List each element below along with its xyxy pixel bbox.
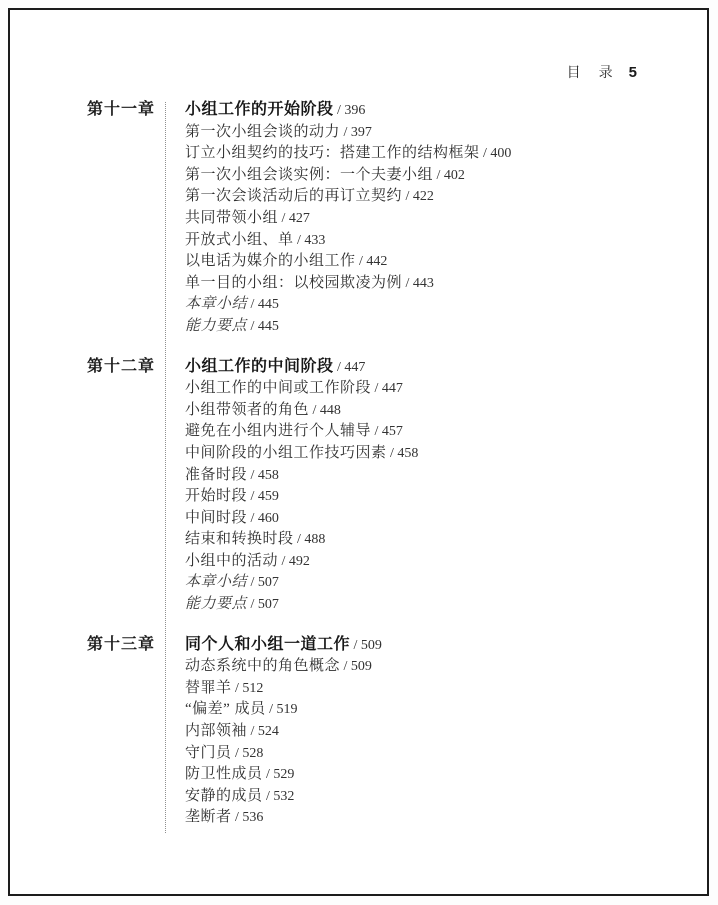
entry-title: 小组中的活动 (185, 553, 278, 569)
toc-entry: 中间时段 / 460 (185, 508, 418, 530)
entry-separator: / (247, 575, 258, 590)
entry-title: “偏差” 成员 (185, 701, 266, 717)
entry-title: 替罪羊 (185, 680, 232, 696)
toc-entry: 替罪羊 / 512 (185, 678, 382, 700)
chapter-label: 第十一章 (87, 99, 165, 338)
entry-page-number: 422 (413, 189, 434, 204)
toc-entry: 避免在小组内进行个人辅导 / 457 (185, 421, 418, 443)
toc-entry: 能力要点 / 507 (185, 594, 418, 616)
entry-title: 开始时段 (185, 488, 247, 504)
entry-separator: / (371, 381, 382, 396)
entry-page-number: 448 (320, 403, 341, 418)
entry-page-number: 396 (344, 103, 365, 118)
entry-page-number: 459 (258, 489, 279, 504)
toc-entry: 第一次会谈活动后的再订立契约 / 422 (185, 186, 511, 208)
entry-title: 准备时段 (185, 467, 247, 483)
entry-separator: / (402, 276, 413, 291)
entry-separator: / (232, 810, 243, 825)
entry-title: 安静的成员 (185, 788, 263, 804)
toc-entry: 安静的成员 / 532 (185, 786, 382, 808)
entry-title: 小组带领者的角色 (185, 402, 309, 418)
entry-title: 订立小组契约的技巧：搭建工作的结构框架 (185, 145, 480, 161)
entry-page-number: 445 (258, 319, 279, 334)
chapter-entries: 小组工作的开始阶段 / 396第一次小组会谈的动力 / 397订立小组契约的技巧… (165, 99, 511, 338)
entry-separator: / (263, 789, 274, 804)
entry-separator: / (263, 767, 274, 782)
entry-page-number: 529 (273, 767, 294, 782)
entry-title: 同个人和小组一道工作 (185, 636, 350, 653)
entry-page-number: 492 (289, 554, 310, 569)
toc-entry: 垄断者 / 536 (185, 807, 382, 829)
entry-title: 能力要点 (185, 596, 247, 612)
entry-page-number: 458 (397, 446, 418, 461)
toc-entry: 能力要点 / 445 (185, 316, 511, 338)
entry-separator: / (278, 211, 289, 226)
entry-separator: / (266, 702, 277, 717)
entry-separator: / (350, 638, 361, 653)
toc-entry: 防卫性成员 / 529 (185, 764, 382, 786)
toc-entry: 本章小结 / 445 (185, 294, 511, 316)
entry-page-number: 509 (351, 659, 372, 674)
entry-page-number: 460 (258, 511, 279, 526)
entry-title: 本章小结 (185, 574, 247, 590)
entry-page-number: 524 (258, 724, 279, 739)
entry-title: 以电话为媒介的小组工作 (185, 253, 356, 269)
entry-page-number: 402 (444, 168, 465, 183)
entry-separator: / (247, 468, 258, 483)
entry-page-number: 509 (361, 638, 382, 653)
toc-entry: 动态系统中的角色概念 / 509 (185, 656, 382, 678)
toc-entry: 内部领袖 / 524 (185, 721, 382, 743)
entry-page-number: 443 (413, 276, 434, 291)
entry-separator: / (309, 403, 320, 418)
chapter-entries: 同个人和小组一道工作 / 509动态系统中的角色概念 / 509替罪羊 / 51… (165, 634, 382, 829)
entry-page-number: 507 (258, 575, 279, 590)
entry-page-number: 445 (258, 297, 279, 312)
toc-entry: 开放式小组、单 / 433 (185, 230, 511, 252)
toc-entry: 准备时段 / 458 (185, 465, 418, 487)
toc-entry: 小组中的活动 / 492 (185, 551, 418, 573)
toc-entry: 以电话为媒介的小组工作 / 442 (185, 251, 511, 273)
page-title: 目 录 (567, 62, 615, 82)
entry-title: 本章小结 (185, 296, 247, 312)
entry-page-number: 488 (304, 532, 325, 547)
toc-entry: 结束和转换时段 / 488 (185, 529, 418, 551)
entry-page-number: 507 (258, 597, 279, 612)
entry-page-number: 447 (382, 381, 403, 396)
entry-title: 小组工作的中间阶段 (185, 358, 334, 375)
toc-entry: 订立小组契约的技巧：搭建工作的结构框架 / 400 (185, 143, 511, 165)
toc-entry: 本章小结 / 507 (185, 572, 418, 594)
toc: 第十一章小组工作的开始阶段 / 396第一次小组会谈的动力 / 397订立小组契… (87, 99, 647, 847)
entry-page-number: 532 (273, 789, 294, 804)
entry-separator: / (356, 254, 367, 269)
entry-separator: / (247, 511, 258, 526)
entry-separator: / (247, 489, 258, 504)
dotted-divider (165, 102, 166, 833)
entry-title: 第一次小组会谈的动力 (185, 124, 340, 140)
entry-separator: / (340, 125, 351, 140)
entry-separator: / (232, 746, 243, 761)
chapter-section: 第十二章小组工作的中间阶段 / 447小组工作的中间或工作阶段 / 447小组带… (87, 356, 647, 616)
entry-page-number: 536 (242, 810, 263, 825)
entry-separator: / (294, 532, 305, 547)
entry-title: 单一目的小组：以校园欺凌为例 (185, 275, 402, 291)
entry-separator: / (247, 319, 258, 334)
entry-separator: / (294, 233, 305, 248)
entry-title: 中间阶段的小组工作技巧因素 (185, 445, 387, 461)
page-number: 5 (629, 64, 637, 81)
toc-entry: 小组工作的开始阶段 / 396 (185, 99, 511, 122)
running-head: 目 录 5 (567, 62, 637, 82)
entry-page-number: 447 (344, 360, 365, 375)
entry-separator: / (247, 597, 258, 612)
toc-entry: 单一目的小组：以校园欺凌为例 / 443 (185, 273, 511, 295)
entry-title: 中间时段 (185, 510, 247, 526)
entry-title: 守门员 (185, 745, 232, 761)
entry-title: 共同带领小组 (185, 210, 278, 226)
entry-title: 动态系统中的角色概念 (185, 658, 340, 674)
entry-page-number: 400 (490, 146, 511, 161)
entry-title: 内部领袖 (185, 723, 247, 739)
entry-title: 能力要点 (185, 318, 247, 334)
toc-entry: 小组工作的中间阶段 / 447 (185, 356, 418, 379)
chapter-section: 第十三章同个人和小组一道工作 / 509动态系统中的角色概念 / 509替罪羊 … (87, 634, 647, 829)
entry-title: 第一次小组会谈实例：一个夫妻小组 (185, 167, 433, 183)
toc-entry: 第一次小组会谈的动力 / 397 (185, 122, 511, 144)
entry-separator: / (402, 189, 413, 204)
entry-separator: / (247, 297, 258, 312)
entry-page-number: 519 (276, 702, 297, 717)
toc-entry: 中间阶段的小组工作技巧因素 / 458 (185, 443, 418, 465)
toc-entry: 共同带领小组 / 427 (185, 208, 511, 230)
entry-separator: / (334, 360, 345, 375)
chapter-section: 第十一章小组工作的开始阶段 / 396第一次小组会谈的动力 / 397订立小组契… (87, 99, 647, 338)
entry-separator: / (387, 446, 398, 461)
entry-separator: / (371, 424, 382, 439)
entry-title: 避免在小组内进行个人辅导 (185, 423, 371, 439)
toc-entry: 同个人和小组一道工作 / 509 (185, 634, 382, 657)
chapter-label: 第十三章 (87, 634, 165, 829)
entry-separator: / (480, 146, 491, 161)
entry-separator: / (334, 103, 345, 118)
entry-page-number: 427 (289, 211, 310, 226)
entry-page-number: 512 (242, 681, 263, 696)
entry-title: 结束和转换时段 (185, 531, 294, 547)
toc-entry: 小组工作的中间或工作阶段 / 447 (185, 378, 418, 400)
toc-entry: 开始时段 / 459 (185, 486, 418, 508)
toc-entry: 小组带领者的角色 / 448 (185, 400, 418, 422)
entry-separator: / (340, 659, 351, 674)
entry-title: 第一次会谈活动后的再订立契约 (185, 188, 402, 204)
toc-entry: 第一次小组会谈实例：一个夫妻小组 / 402 (185, 165, 511, 187)
chapter-label: 第十二章 (87, 356, 165, 616)
entry-page-number: 528 (242, 746, 263, 761)
chapter-entries: 小组工作的中间阶段 / 447小组工作的中间或工作阶段 / 447小组带领者的角… (165, 356, 418, 616)
entry-page-number: 442 (366, 254, 387, 269)
entry-page-number: 397 (351, 125, 372, 140)
entry-separator: / (433, 168, 444, 183)
toc-entry: “偏差” 成员 / 519 (185, 699, 382, 721)
entry-page-number: 457 (382, 424, 403, 439)
entry-separator: / (247, 724, 258, 739)
entry-title: 小组工作的开始阶段 (185, 101, 334, 118)
entry-title: 开放式小组、单 (185, 232, 294, 248)
entry-separator: / (232, 681, 243, 696)
entry-title: 垄断者 (185, 809, 232, 825)
entry-page-number: 433 (304, 233, 325, 248)
toc-entry: 守门员 / 528 (185, 743, 382, 765)
entry-title: 小组工作的中间或工作阶段 (185, 380, 371, 396)
entry-page-number: 458 (258, 468, 279, 483)
entry-title: 防卫性成员 (185, 766, 263, 782)
entry-separator: / (278, 554, 289, 569)
